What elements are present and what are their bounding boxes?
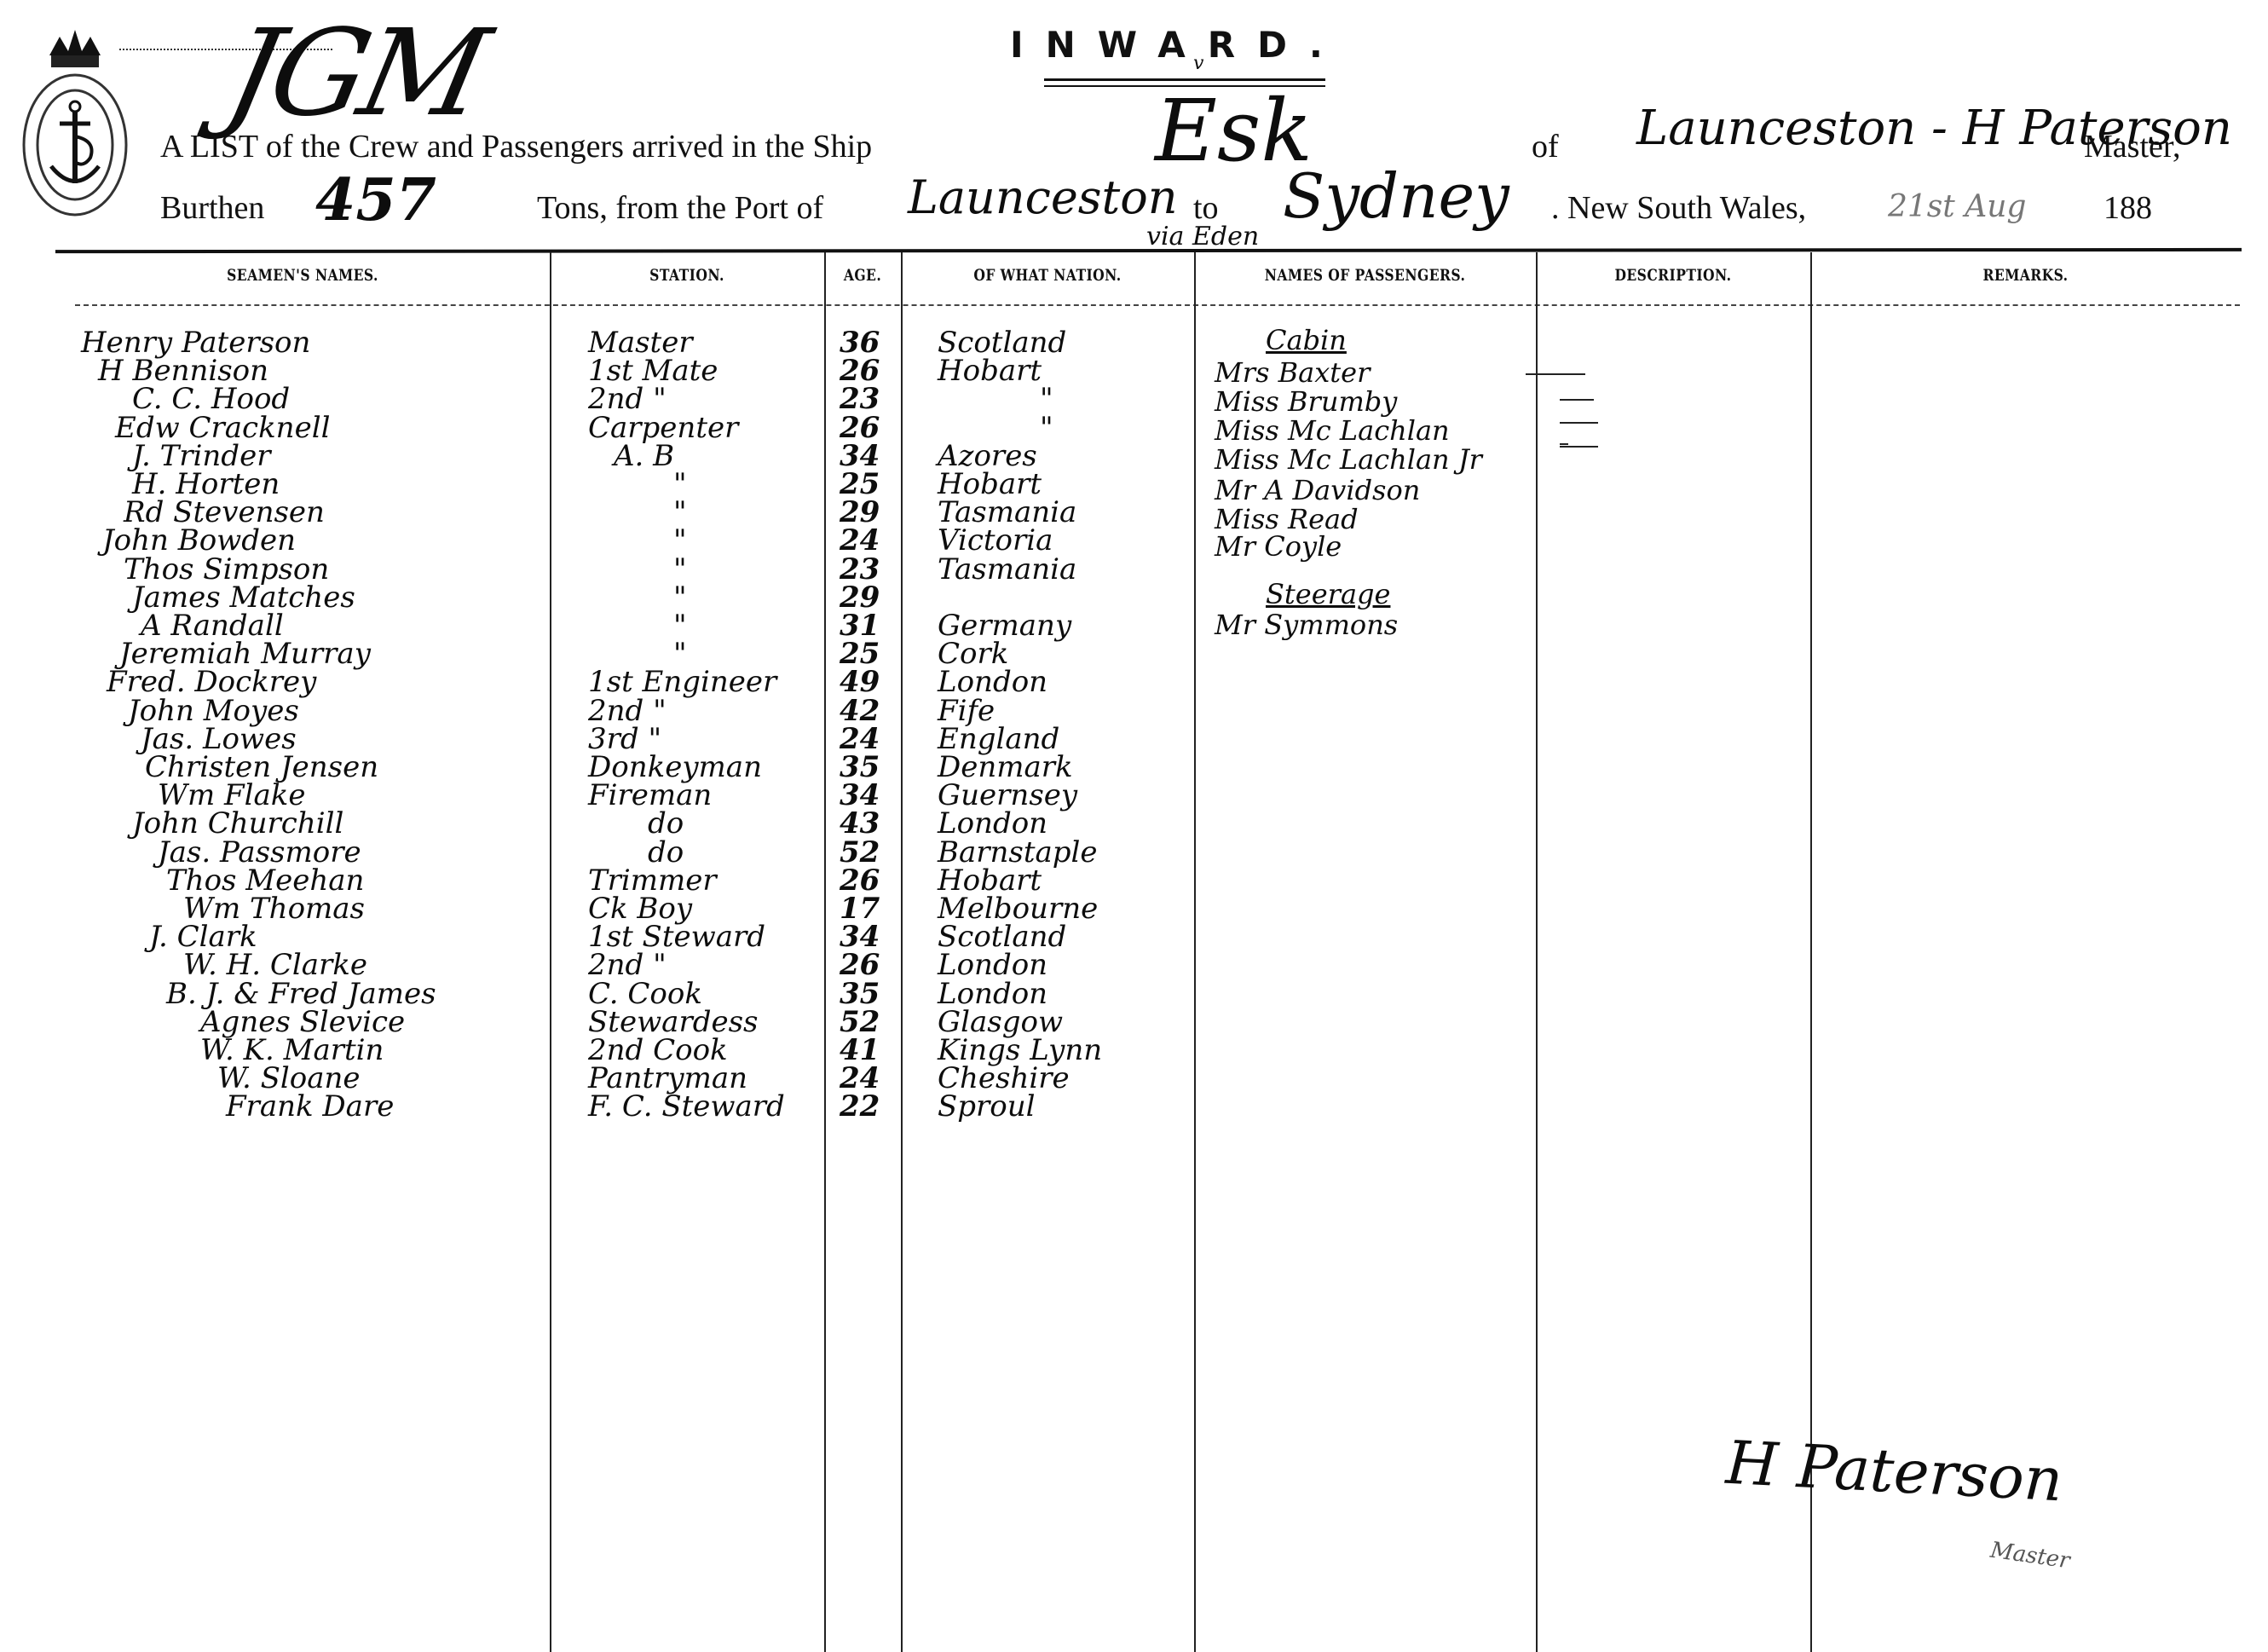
arrival-date: 21st Aug bbox=[1888, 189, 2026, 224]
master-signature: H Paterson bbox=[1724, 1428, 2064, 1516]
column-divider bbox=[1536, 252, 1538, 1652]
of-label: of bbox=[1532, 128, 1559, 165]
passenger-class-heading: Cabin bbox=[1266, 324, 1347, 356]
nation: " bbox=[1040, 411, 1053, 445]
form-title: INWARD. bbox=[1010, 24, 1345, 66]
column-header-remarks: REMARKS. bbox=[1849, 266, 2202, 285]
nation: Hobart bbox=[938, 354, 1042, 388]
burthen-label: Burthen bbox=[160, 189, 264, 227]
departure-port: Launceston bbox=[908, 170, 1178, 224]
station: F. C. Steward bbox=[588, 1089, 785, 1123]
description-dash bbox=[1560, 446, 1598, 448]
column-header-station: STATION. bbox=[574, 266, 799, 285]
passenger-name: Miss Mc Lachlan bbox=[1215, 414, 1450, 447]
age: 22 bbox=[840, 1089, 880, 1123]
title-check-mark: v bbox=[1193, 53, 1203, 74]
description-dash bbox=[1526, 373, 1585, 375]
passenger-name: Mr A Davidson bbox=[1215, 474, 1420, 506]
colony-label: . New South Wales, bbox=[1551, 189, 1806, 227]
column-header-seamen-names: SEAMEN'S NAMES. bbox=[100, 266, 505, 285]
passenger-name: Miss Brumby bbox=[1215, 385, 1397, 418]
tons-from-port-label: Tons, from the Port of bbox=[537, 189, 823, 227]
official-initials: JGM bbox=[216, 4, 495, 143]
passenger-name: Mrs Baxter bbox=[1215, 356, 1370, 389]
description-dash bbox=[1560, 399, 1594, 401]
column-header-nation: OF WHAT NATION. bbox=[927, 266, 1168, 285]
year-label: 188 bbox=[2104, 189, 2152, 227]
passenger-name: Mr Coyle bbox=[1215, 530, 1342, 563]
signature-title: Master bbox=[1988, 1538, 2071, 1574]
column-divider bbox=[901, 252, 903, 1652]
column-header-passengers: NAMES OF PASSENGERS. bbox=[1225, 266, 1505, 285]
table-top-rule bbox=[55, 248, 2242, 253]
shipping-master-stamp bbox=[15, 21, 135, 217]
description-dash bbox=[1560, 422, 1598, 424]
seaman-name: Frank Dare bbox=[226, 1089, 394, 1123]
tonnage-value: 457 bbox=[315, 166, 436, 234]
table-header-rule bbox=[75, 304, 2240, 306]
station: A. B bbox=[614, 439, 674, 473]
destination-port: Sydney bbox=[1283, 160, 1509, 232]
list-heading-text: A LIST of the Crew and Passengers arrive… bbox=[160, 128, 872, 165]
description-dash bbox=[1560, 443, 1568, 445]
column-header-age: AGE. bbox=[831, 266, 894, 285]
nation: Tasmania bbox=[938, 552, 1076, 586]
column-divider bbox=[1194, 252, 1196, 1652]
passenger-name: Miss Mc Lachlan Jr bbox=[1215, 443, 1482, 476]
passenger-name: Mr Symmons bbox=[1215, 609, 1398, 641]
column-divider bbox=[824, 252, 826, 1652]
anchor-crown-seal-icon bbox=[15, 21, 135, 217]
column-header-description: DESCRIPTION. bbox=[1561, 266, 1786, 285]
nation: Sproul bbox=[938, 1089, 1036, 1123]
master-label: Master, bbox=[2084, 128, 2181, 165]
via-note: via Eden bbox=[1146, 222, 1259, 251]
column-divider bbox=[550, 252, 551, 1652]
passenger-class-heading: Steerage bbox=[1266, 578, 1390, 610]
